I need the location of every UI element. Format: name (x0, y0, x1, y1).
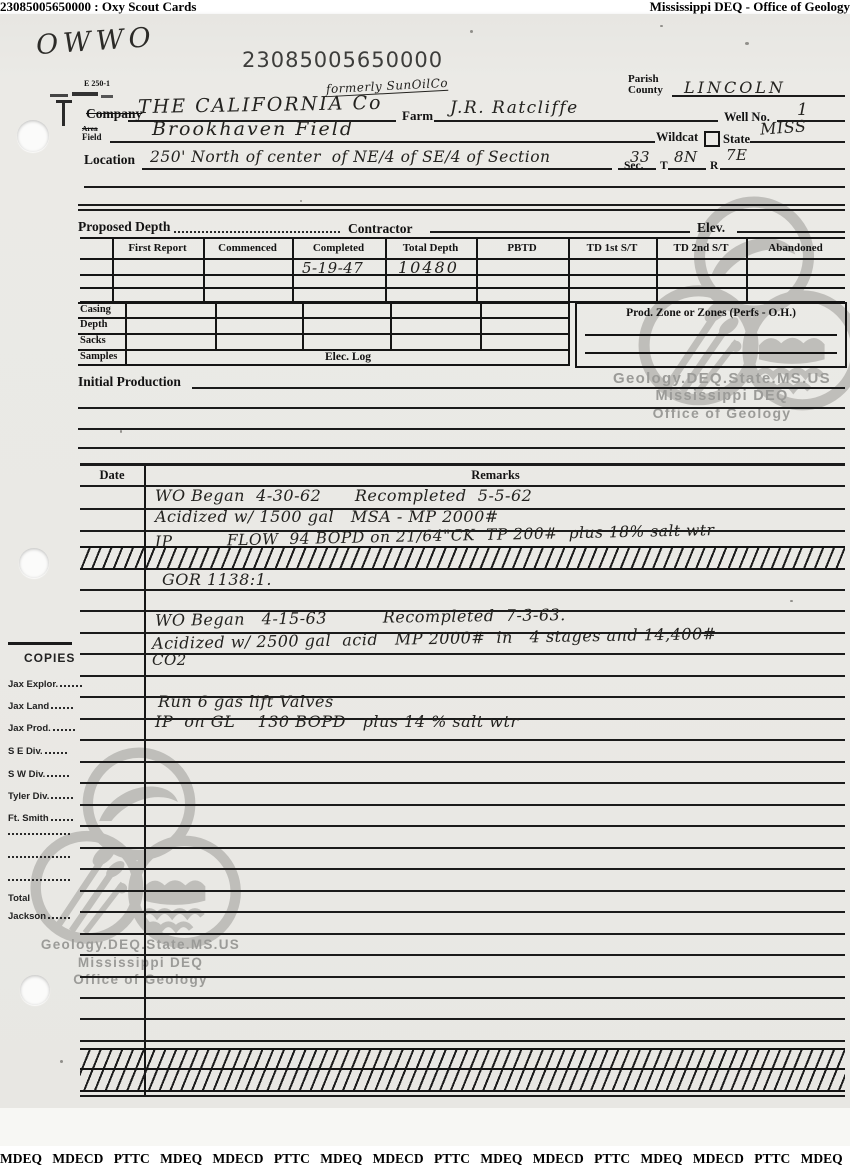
copies-item-tyler-div: Tyler Div. (8, 788, 73, 802)
remarks-header: Remarks (146, 468, 845, 483)
rule-line (80, 761, 845, 763)
rule-line (80, 847, 845, 849)
viewer-footer: MDEQ MDECD PTTC MDEQ MDECD PTTC MDEQ MDE… (0, 1146, 850, 1172)
date-header: Date (80, 468, 144, 483)
range-underline (720, 168, 845, 170)
contractor-label: Contractor (348, 221, 412, 237)
rule-line (80, 782, 845, 784)
rule-line (80, 804, 845, 806)
wildcat-checkbox (704, 131, 720, 147)
remark-entry: CO2 (152, 651, 187, 669)
proposed-depth-line (174, 231, 340, 233)
wave-lines-icon (142, 911, 203, 929)
dotted-line (51, 810, 73, 821)
elec-log-label: Elec. Log (308, 351, 388, 363)
watermark-deq: Mississippi DEQ (38, 954, 243, 971)
range-value: 7E (726, 146, 748, 164)
parish-county-label: Parish County (628, 74, 663, 96)
state-label: State (723, 132, 750, 147)
col-abandoned: Abandoned (746, 242, 845, 254)
rule-line (80, 463, 845, 466)
parish-label-line2: County (628, 84, 663, 96)
proposed-depth-label: Proposed Depth (78, 219, 170, 235)
copies-blank-line (8, 879, 70, 881)
rule-line (80, 739, 845, 741)
depth-row-label: Depth (80, 319, 124, 330)
copies-item-ft-smith: Ft. Smith (8, 810, 73, 824)
rule-line (84, 186, 845, 188)
hatch-band-lower (80, 1048, 845, 1092)
copies-blank-line (8, 856, 70, 858)
col-commenced: Commenced (203, 242, 292, 254)
watermark-url: Geology.DEQ.State.MS.US (38, 936, 243, 954)
viewer-header-agency: Mississippi DEQ - Office of Geology (650, 0, 850, 14)
elev-label: Elev. (697, 220, 725, 236)
farm-value: J.R. Ratcliffe (450, 98, 579, 118)
pencil-tick-mark (56, 100, 72, 103)
copies-item-jax-prod: Jax Prod. (8, 720, 75, 734)
copies-item-jax-land: Jax Land (8, 698, 73, 712)
dotted-line (45, 743, 67, 754)
township-label: T (660, 160, 668, 172)
copies-title: COPIES (24, 651, 75, 665)
farm-underline (434, 120, 718, 122)
col-first-report: First Report (112, 242, 203, 254)
col-td-1st: TD 1st S/T (568, 242, 656, 254)
company-label: Company (86, 106, 142, 122)
completed-value: 5-19-47 (302, 259, 363, 277)
rule-line (80, 976, 845, 978)
remark-entry: Run 6 gas lift Valves (158, 692, 334, 711)
initial-production-line (192, 387, 845, 389)
watermark-url: Geology.DEQ.State.MS.US (602, 369, 842, 388)
casing-table: Casing Depth Sacks Samples Elec. Log Pro… (78, 302, 845, 366)
dotted-line (60, 676, 82, 687)
rule-line (80, 911, 845, 913)
field-underline (110, 141, 655, 143)
rule-line (80, 1018, 845, 1020)
col-pbtd: PBTD (476, 242, 568, 254)
copies-divider (8, 642, 72, 645)
staple-mark (50, 94, 68, 97)
copies-item-se-div: S E Div. (8, 743, 67, 757)
wave-icon (144, 880, 206, 905)
footer-org-codes: MDEQ MDECD PTTC MDEQ MDECD PTTC MDEQ MDE… (0, 1151, 850, 1166)
watermark-office: Office of Geology (38, 971, 243, 988)
state-underline (750, 141, 845, 143)
col-total-depth: Total Depth (385, 242, 476, 254)
township-value: 8N (674, 148, 698, 166)
initial-production-label: Initial Production (78, 374, 181, 390)
sec-value: 33 (630, 148, 650, 166)
dotted-line (48, 908, 70, 919)
rule-line (80, 825, 845, 827)
rule-line (80, 997, 845, 999)
copies-item-sw-div: S W Div. (8, 766, 69, 780)
contractor-line (430, 231, 690, 233)
rule-line (80, 589, 845, 591)
sacks-row-label: Sacks (80, 335, 124, 346)
farm-label: Farm (402, 108, 433, 124)
rule-line (80, 890, 845, 892)
location-label: Location (84, 152, 135, 168)
depth-table: First Report Commenced Completed Total D… (80, 237, 845, 303)
rule-line (78, 428, 845, 430)
field-label-main: Field (82, 132, 102, 142)
rule-line (80, 653, 845, 655)
form-code: E 250-1 (84, 79, 110, 88)
rule-line (80, 954, 845, 956)
state-value: MISS (759, 116, 807, 138)
rule-line (78, 204, 845, 206)
pencil-tick-mark (62, 100, 65, 126)
prod-zone-label: Prod. Zone or Zones (Perfs - O.H.) (577, 307, 845, 319)
dotted-line (51, 698, 73, 709)
remark-entry: Acidized w/ 1500 gal MSA - MP 2000# (155, 507, 499, 526)
copies-blank-line (8, 833, 70, 835)
field-value: Brookhaven Field (152, 118, 354, 140)
hole-punch (19, 548, 49, 578)
staple-mark (72, 92, 98, 96)
copies-total-label: Total (8, 893, 30, 904)
prod-zone-box: Prod. Zone or Zones (Perfs - O.H.) (575, 302, 847, 368)
samples-row-label: Samples (80, 351, 126, 362)
col-td-2nd: TD 2nd S/T (656, 242, 746, 254)
watermark-deq: Mississippi DEQ (602, 388, 842, 405)
elev-line (737, 231, 845, 233)
remark-entry: GOR 1138:1. (162, 570, 272, 589)
remark-entry: WO Began 4-30-62 Recompleted 5-5-62 (155, 486, 532, 505)
township-underline (668, 168, 706, 170)
hole-punch (17, 120, 49, 152)
field-label: Area Field (82, 124, 102, 141)
hole-punch (20, 975, 50, 1005)
location-value: 250' North of center of NE/4 of SE/4 of … (150, 148, 551, 166)
dotted-line (47, 766, 69, 777)
staple-mark (101, 95, 113, 98)
range-label: R (710, 160, 718, 172)
parish-county-value: LINCOLN (684, 78, 786, 97)
rule-line (80, 868, 845, 870)
rule-line (80, 1040, 845, 1042)
rule-line (78, 209, 845, 211)
rule-line (78, 447, 845, 449)
copies-jackson-label: Jackson (8, 908, 70, 922)
location-underline (142, 168, 612, 170)
watermark-top-right: Geology.DEQ.State.MS.US Mississippi DEQ … (602, 369, 842, 422)
api-number: 23085005650000 (242, 48, 443, 72)
viewer-header-title: 23085005650000 : Oxy Scout Cards (0, 0, 196, 14)
remark-entry: IP on GL 130 BOPD plus 14 % salt wtr (155, 712, 519, 731)
rule-line (78, 407, 845, 409)
scan-background (0, 1108, 850, 1146)
rule-line (80, 675, 845, 677)
watermark-bottom-left: Geology.DEQ.State.MS.US Mississippi DEQ … (38, 936, 243, 988)
rule-line (80, 933, 845, 935)
viewer-header: 23085005650000 : Oxy Scout Cards Mississ… (0, 0, 850, 14)
copies-item-jax-explor: Jax Explor. (8, 676, 82, 690)
dotted-line (53, 720, 75, 731)
rule-line (80, 1095, 845, 1097)
dotted-line (51, 788, 73, 799)
wildcat-label: Wildcat (656, 130, 698, 145)
col-completed: Completed (292, 242, 385, 254)
scout-card-scan-page: 23085005650000 : Oxy Scout Cards Mississ… (0, 0, 850, 1172)
casing-row-label: Casing (80, 304, 124, 315)
total-depth-value: 10480 (398, 258, 459, 277)
